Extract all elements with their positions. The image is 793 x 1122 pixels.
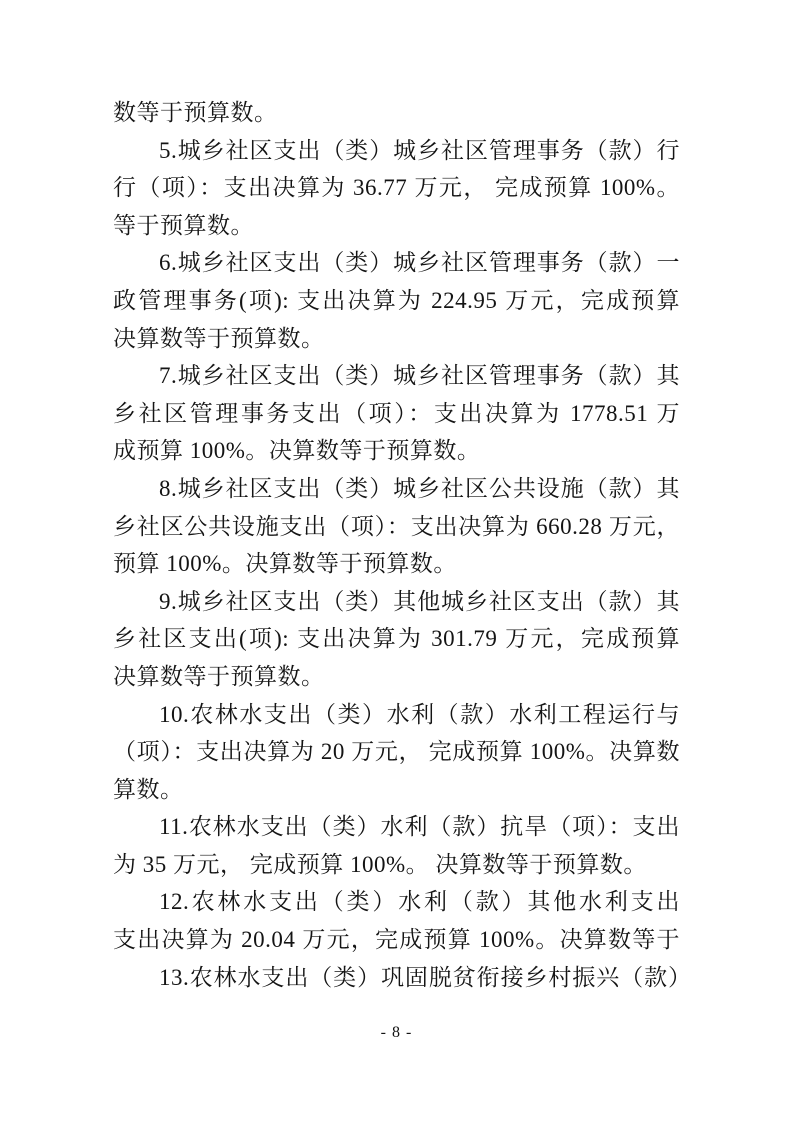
text-line: 13.农林水支出（类）巩固脱贫衔接乡村振兴（款）其 xyxy=(113,959,680,997)
text-line: 等于预算数。 xyxy=(113,207,680,245)
text-line: 6.城乡社区支出（类）城乡社区管理事务（款）一般行 xyxy=(113,244,680,282)
text-line: 乡社区支出(项): 支出决算为 301.79 万元，完成预算 100%。 xyxy=(113,620,680,658)
text-line: 决算数等于预算数。 xyxy=(113,658,680,696)
text-line: （项）：支出决算为 20 万元， 完成预算 100%。决算数等于预 xyxy=(113,733,680,771)
text-line: 8.城乡社区支出（类）城乡社区公共设施（款）其他城 xyxy=(113,470,680,508)
text-line: 算数。 xyxy=(113,771,680,809)
page-background: 数等于预算数。5.城乡社区支出（类）城乡社区管理事务（款）行政运行（项）：支出决… xyxy=(0,0,793,1122)
text-line: 决算数等于预算数。 xyxy=(113,320,680,358)
text-line: 预算 100%。决算数等于预算数。 xyxy=(113,545,680,583)
text-line: 9.城乡社区支出（类）其他城乡社区支出（款）其他城 xyxy=(113,583,680,621)
text-line: 5.城乡社区支出（类）城乡社区管理事务（款）行政运 xyxy=(113,132,680,170)
text-line: 7.城乡社区支出（类）城乡社区管理事务（款）其他城 xyxy=(113,357,680,395)
text-line: 支出决算为 20.04 万元，完成预算 100%。决算数等于预算数。 xyxy=(113,921,680,959)
text-line: 12.农林水支出（类）水利（款）其他水利支出（项）： xyxy=(113,883,680,921)
text-line: 11.农林水支出（类）水利（款）抗旱（项）：支出决算 xyxy=(113,808,680,846)
document-page: { "page": { "background_color": "#ffffff… xyxy=(0,0,793,1122)
text-line: 数等于预算数。 xyxy=(113,94,680,132)
page-number: - 8 - xyxy=(0,1022,793,1044)
text-line: 政管理事务(项): 支出决算为 224.95 万元，完成预算 100%。 xyxy=(113,282,680,320)
text-line: 成预算 100%。决算数等于预算数。 xyxy=(113,432,680,470)
text-line: 乡社区管理事务支出（项）：支出决算为 1778.51 万元， 完 xyxy=(113,395,680,433)
text-line: 为 35 万元， 完成预算 100%。 决算数等于预算数。 xyxy=(113,846,680,884)
text-line: 乡社区公共设施支出（项）：支出决算为 660.28 万元， 完成 xyxy=(113,508,680,546)
text-line: 10.农林水支出（类）水利（款）水利工程运行与维护 xyxy=(113,696,680,734)
text-line: 行（项）：支出决算为 36.77 万元， 完成预算 100%。决算数 xyxy=(113,169,680,207)
document-text-block: 数等于预算数。5.城乡社区支出（类）城乡社区管理事务（款）行政运行（项）：支出决… xyxy=(113,94,680,996)
